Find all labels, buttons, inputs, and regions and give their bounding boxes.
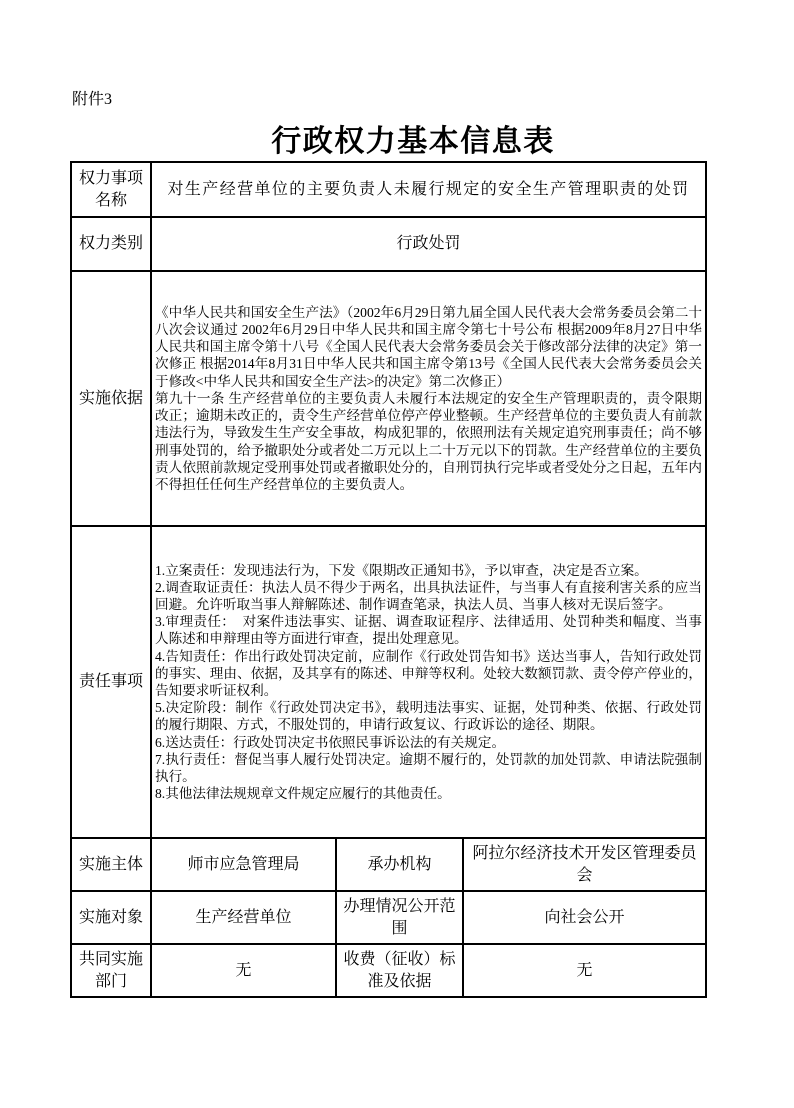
duty-item: 8.其他法律法规规章文件规定应履行的其他责任。	[155, 785, 702, 802]
disclosure-scope-label: 办理情况公开范围	[336, 891, 463, 944]
duty-item: 4.告知责任：作出行政处罚决定前，应制作《行政处罚告知书》送达当事人，告知行政处…	[155, 648, 702, 700]
row-target: 实施对象 生产经营单位 办理情况公开范围 向社会公开	[71, 891, 706, 944]
joint-dept-label: 共同实施部门	[71, 944, 151, 997]
duty-item: 5.决定阶段：制作《行政处罚决定书》，载明违法事实、证据，处罚种类、依据、行政处…	[155, 699, 702, 733]
duty-item: 3.审理责任： 对案件违法事实、证据、调查取证程序、法律适用、处罚种类和幅度、当…	[155, 613, 702, 647]
undertaking-org-value: 阿拉尔经济技术开发区管理委员会	[463, 838, 706, 891]
disclosure-scope-value: 向社会公开	[463, 891, 706, 944]
duties-value: 1.立案责任：发现违法行为，下发《限期改正通知书》，予以审查，决定是否立案。 2…	[151, 526, 706, 838]
row-power-item: 权力事项名称 对生产经营单位的主要负责人未履行规定的安全生产管理职责的处罚	[71, 162, 706, 217]
row-duties: 责任事项 1.立案责任：发现违法行为，下发《限期改正通知书》，予以审查，决定是否…	[71, 526, 706, 838]
duties-label: 责任事项	[71, 526, 151, 838]
row-basis: 实施依据 《中华人民共和国安全生产法》（2002年6月29日第九届全国人民代表大…	[71, 271, 706, 526]
info-table: 权力事项名称 对生产经营单位的主要负责人未履行规定的安全生产管理职责的处罚 权力…	[70, 161, 707, 998]
fee-standard-label: 收费（征收）标准及依据	[336, 944, 463, 997]
duty-item: 2.调查取证责任：执法人员不得少于两名，出具执法证件，与当事人有直接利害关系的应…	[155, 579, 702, 613]
power-item-label: 权力事项名称	[71, 162, 151, 217]
row-implementer: 实施主体 师市应急管理局 承办机构 阿拉尔经济技术开发区管理委员会	[71, 838, 706, 891]
duty-item: 6.送达责任：行政处罚决定书依照民事诉讼法的有关规定。	[155, 734, 702, 751]
implementer-value: 师市应急管理局	[151, 838, 336, 891]
duty-item: 1.立案责任：发现违法行为，下发《限期改正通知书》，予以审查，决定是否立案。	[155, 562, 702, 579]
row-joint: 共同实施部门 无 收费（征收）标准及依据 无	[71, 944, 706, 997]
implementer-label: 实施主体	[71, 838, 151, 891]
basis-label: 实施依据	[71, 271, 151, 526]
duty-item: 7.执行责任：督促当事人履行处罚决定。逾期不履行的，处罚款的加处罚款、申请法院强…	[155, 751, 702, 785]
undertaking-org-label: 承办机构	[336, 838, 463, 891]
fee-standard-value: 无	[463, 944, 706, 997]
target-label: 实施对象	[71, 891, 151, 944]
power-category-value: 行政处罚	[151, 217, 706, 271]
power-item-value: 对生产经营单位的主要负责人未履行规定的安全生产管理职责的处罚	[151, 162, 706, 217]
joint-dept-value: 无	[151, 944, 336, 997]
target-value: 生产经营单位	[151, 891, 336, 944]
basis-paragraph: 第九十一条 生产经营单位的主要负责人未履行本法规定的安全生产管理职责的，责令限期…	[155, 390, 702, 493]
power-category-label: 权力类别	[71, 217, 151, 271]
row-power-category: 权力类别 行政处罚	[71, 217, 706, 271]
attachment-label: 附件3	[72, 86, 112, 109]
basis-value: 《中华人民共和国安全生产法》（2002年6月29日第九届全国人民代表大会常务委员…	[151, 271, 706, 526]
basis-paragraph: 《中华人民共和国安全生产法》（2002年6月29日第九届全国人民代表大会常务委员…	[155, 304, 702, 390]
page-title: 行政权力基本信息表	[32, 116, 794, 160]
